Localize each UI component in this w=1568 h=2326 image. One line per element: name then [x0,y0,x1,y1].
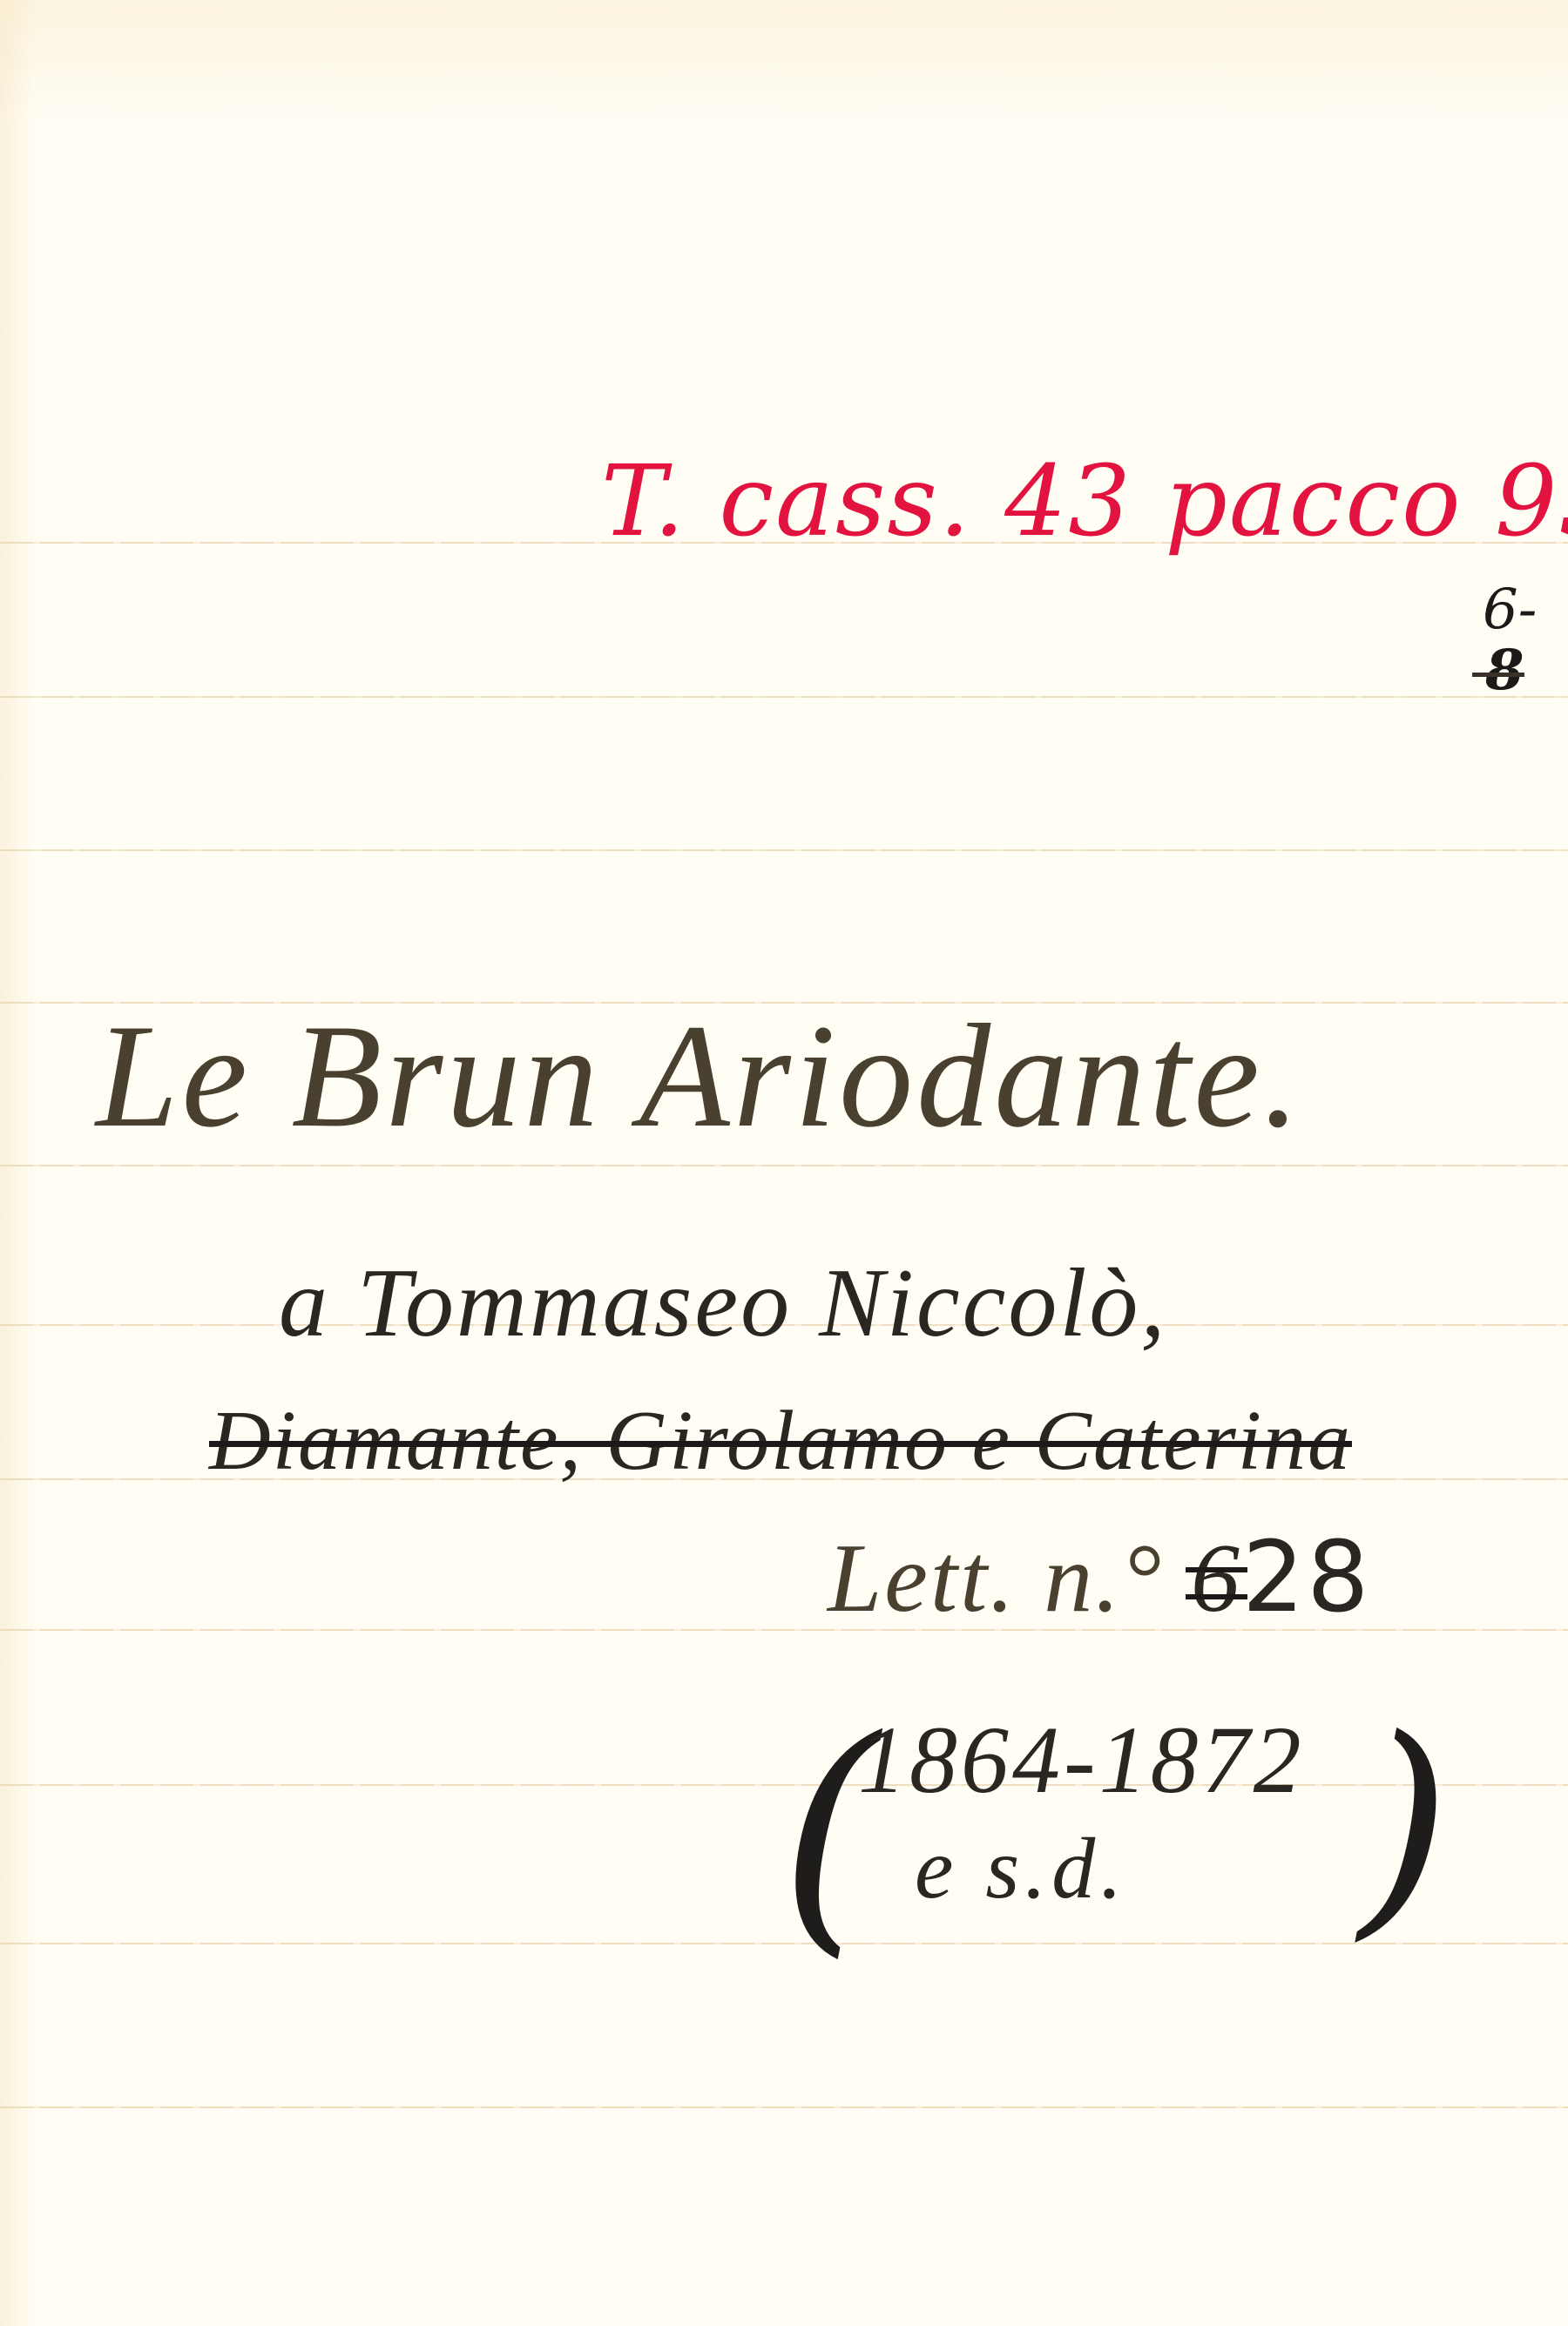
letters-struck-count: 6 [1191,1530,1242,1627]
date-range: 1864-1872 [858,1712,1305,1808]
margin-note-strikethrough [1472,673,1524,677]
shelfmark-text: T. cass. 43 pacco 95. [601,445,1568,558]
shelfmark: T. cass. 43 pacco 95. [601,453,1568,551]
ruled-line [0,696,1568,698]
letters-count: 28 [1242,1521,1372,1634]
ruled-line [0,849,1568,851]
correspondent-name: Le Brun Ariodante. [96,1002,1303,1150]
letters-label: Lett. n.° [828,1525,1164,1633]
letters-count-line: Lett. n.° 628 [828,1529,1372,1627]
date-close-paren: ) [1359,1707,1450,1943]
margin-note-denominator: 8 [1485,643,1524,699]
date-undated-note: e s.d. [915,1825,1127,1912]
struck-recipients: Diamante, Girolamo e Caterina [209,1398,1352,1484]
ruled-line [0,1165,1568,1166]
margin-note-numerator: 6- [1483,582,1537,638]
ruled-line [0,2106,1568,2108]
recipient-line: a Tommaseo Niccolò, [279,1254,1167,1352]
